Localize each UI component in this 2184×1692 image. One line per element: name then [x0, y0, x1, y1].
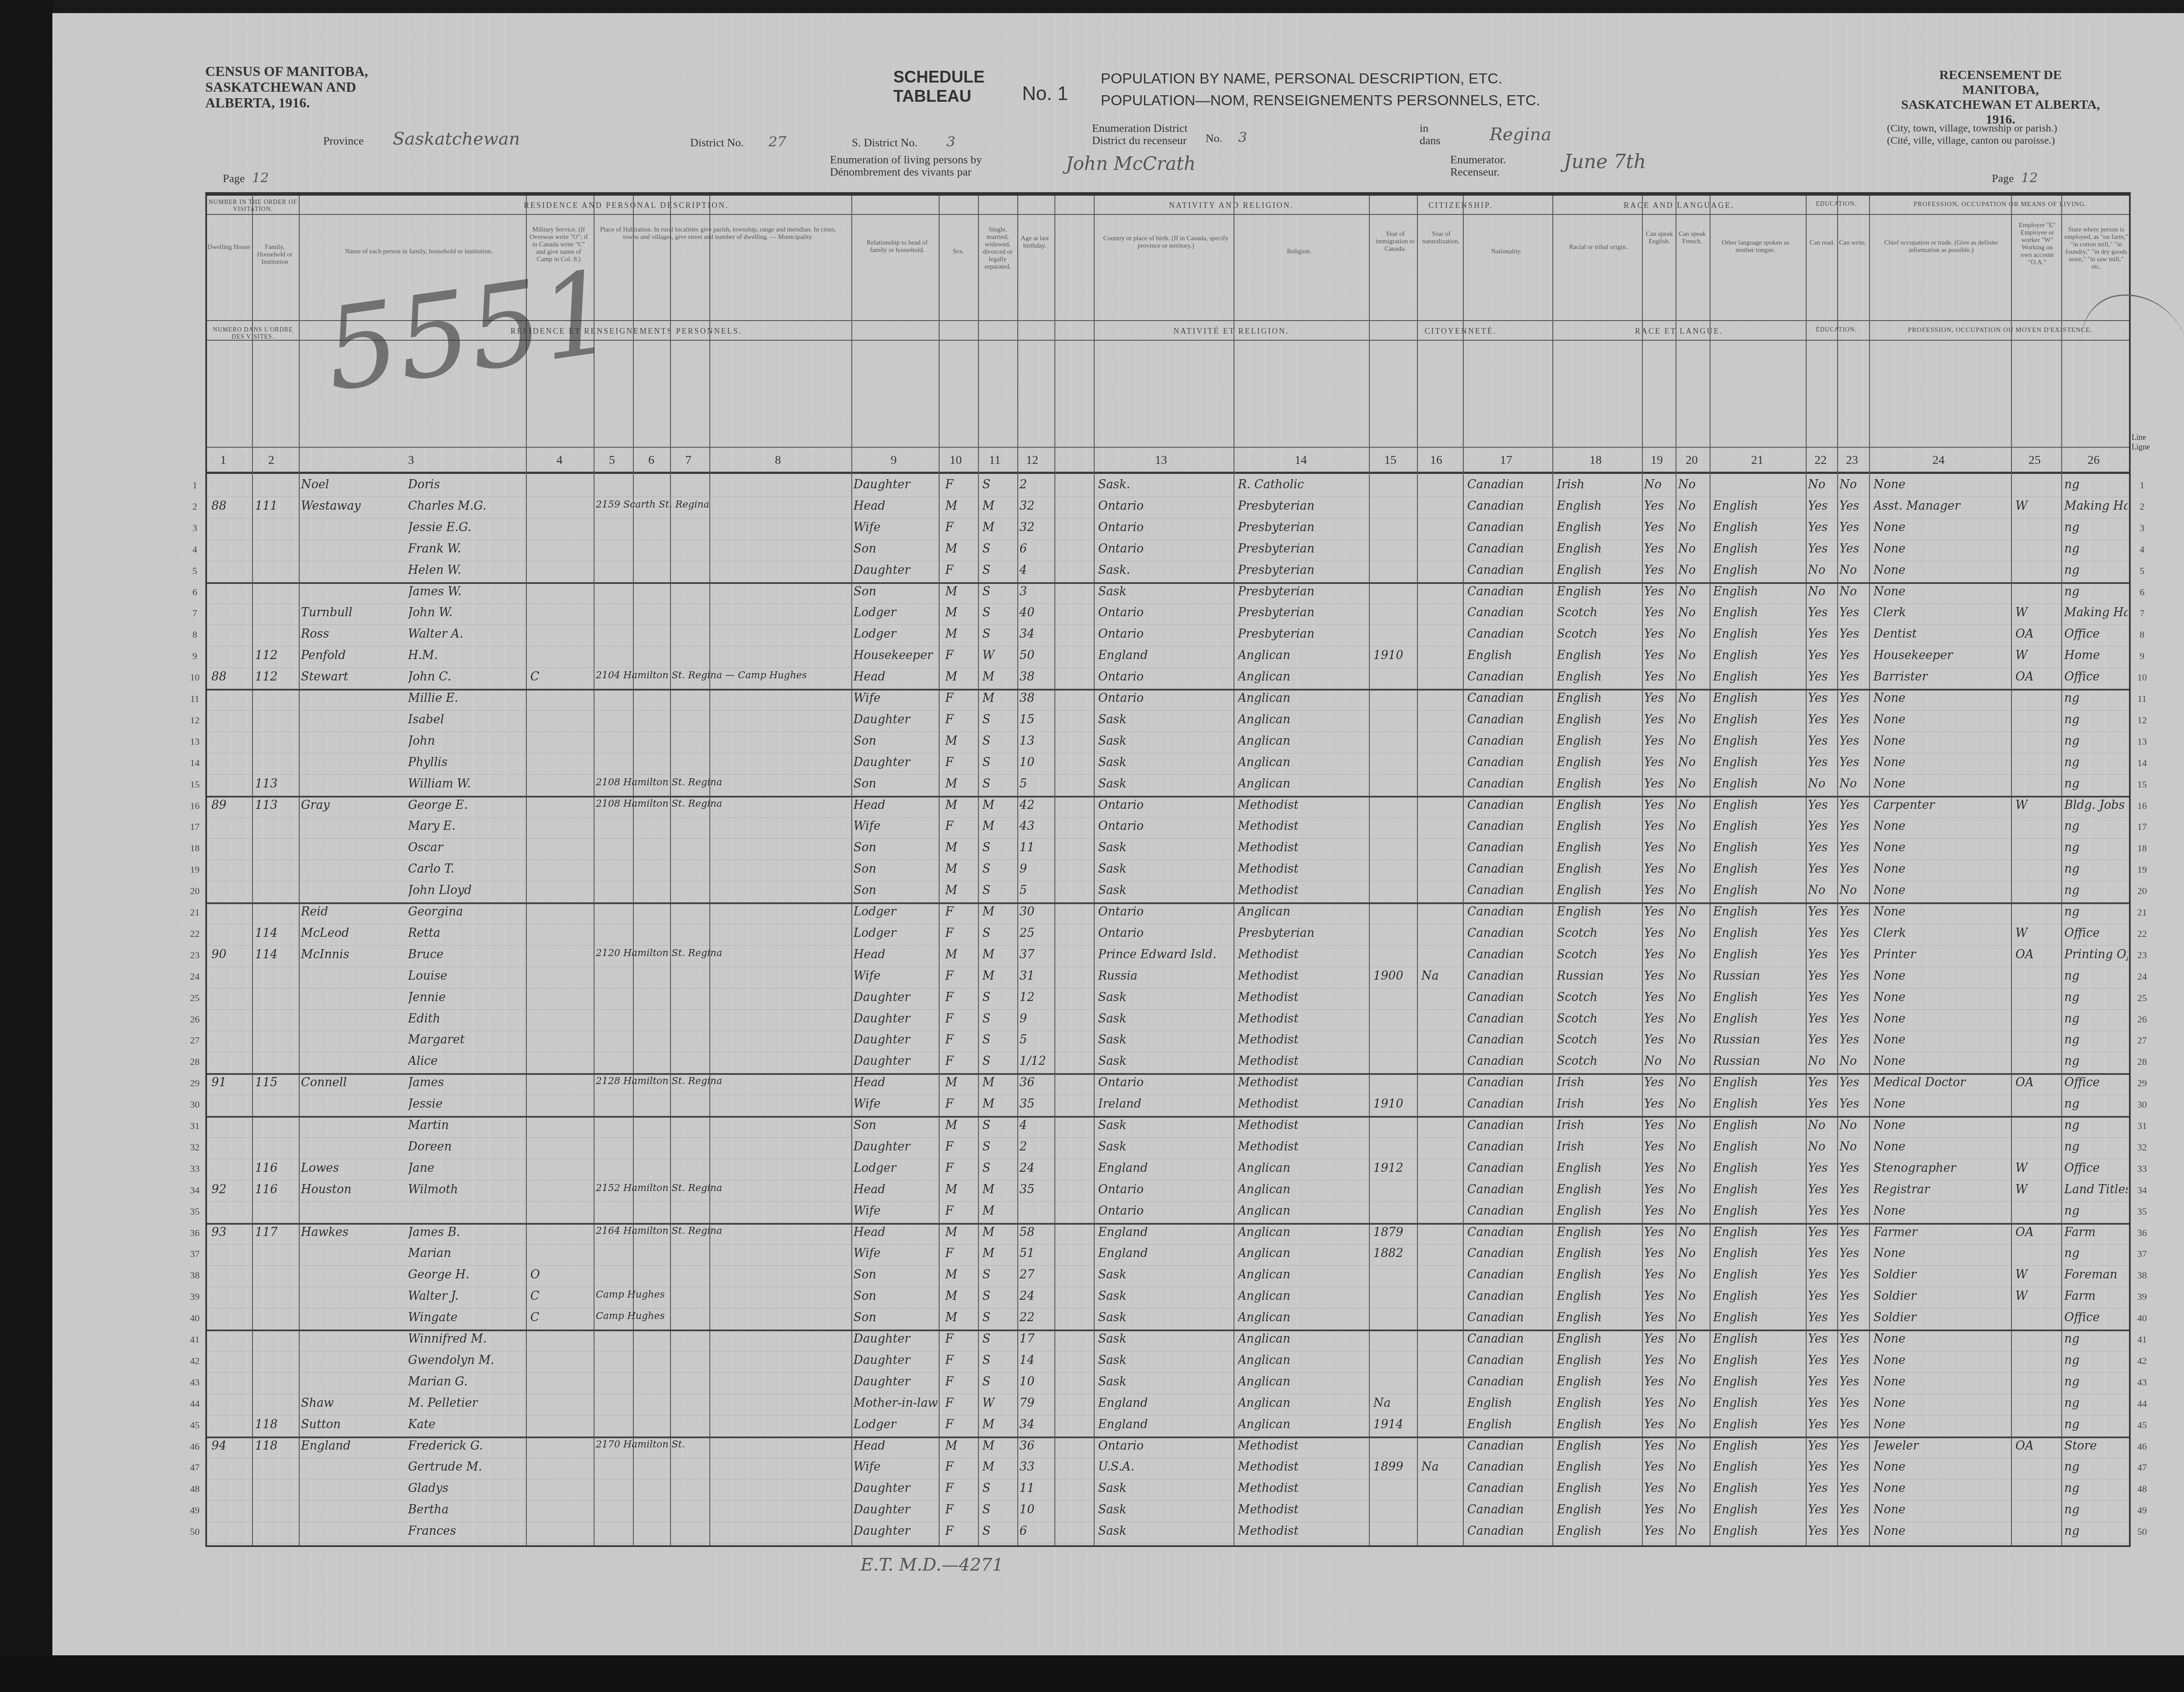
- cell-c26: ng: [2064, 542, 2128, 556]
- page-left: Page 12: [223, 170, 269, 186]
- cell-given: John W.: [408, 606, 526, 619]
- line-number-right: 16: [2133, 800, 2151, 811]
- hdr-race: RACE AND LANGUAGE.: [1552, 201, 1806, 210]
- line-number: 28: [186, 1056, 204, 1067]
- line-number-right: 39: [2133, 1291, 2151, 1302]
- cell-c14: Anglican: [1238, 1183, 1367, 1196]
- cell-c19: Yes: [1644, 1033, 1675, 1046]
- cell-c26: Making Harness: [2064, 606, 2128, 619]
- cell-c17: Canadian: [1467, 1140, 1550, 1153]
- cell-c24: None: [1873, 542, 2009, 556]
- line-number-right: 47: [2133, 1462, 2151, 1473]
- cell-c10: M: [945, 1226, 976, 1239]
- cell-c11: S: [982, 1054, 1015, 1068]
- cell-c19: Yes: [1644, 798, 1675, 812]
- cell-c8: 2159 Scarth St. Regina: [596, 499, 849, 510]
- cell-c14: Methodist: [1238, 1076, 1367, 1089]
- cell-c23: Yes: [1839, 521, 1868, 534]
- cell-c9: Housekeeper: [854, 649, 939, 662]
- cell-c24: None: [1873, 777, 2009, 791]
- cell-given: Walter J.: [408, 1289, 526, 1303]
- col-desc-25: Employer "E" Employee or worker "W" Work…: [2015, 222, 2059, 266]
- cell-c24: None: [1873, 884, 2009, 897]
- cell-c11: M: [982, 1247, 1015, 1260]
- cell-c18: English: [1557, 884, 1640, 897]
- cell-c12: 4: [1019, 563, 1052, 577]
- cell-c14: Presbyterian: [1238, 563, 1367, 577]
- cell-c13: Sask.: [1098, 478, 1231, 491]
- cell-c26: Bldg. Jobs: [2064, 798, 2128, 812]
- cell-c19: Yes: [1644, 542, 1675, 556]
- cell-given: Marian: [408, 1247, 526, 1260]
- cell-c10: M: [945, 948, 976, 961]
- colnum-16: 16: [1430, 453, 1442, 467]
- cell-given: Georgina: [408, 905, 526, 919]
- cell-c20: No: [1678, 1524, 1708, 1538]
- cell-c19: Yes: [1644, 884, 1675, 897]
- cell-c12: 35: [1019, 1183, 1052, 1196]
- cell-c21: English: [1713, 1268, 1805, 1281]
- cell-c12: 38: [1019, 691, 1052, 705]
- cell-c20: No: [1678, 542, 1708, 556]
- cell-c21: English: [1713, 734, 1805, 748]
- cell-c19: Yes: [1644, 1439, 1675, 1453]
- cell-c14: Methodist: [1238, 841, 1367, 854]
- cell-c21: English: [1713, 948, 1805, 961]
- cell-c12: 10: [1019, 1375, 1052, 1388]
- cell-c26: ng: [2064, 585, 2128, 598]
- table-row: 2424LouiseWifeFM31RussiaMethodist1900NaC…: [207, 967, 2129, 988]
- line-number-right: 6: [2133, 587, 2151, 598]
- line-number: 39: [186, 1291, 204, 1302]
- cell-c9: Lodger: [854, 1418, 939, 1431]
- cell-c21: English: [1713, 1161, 1805, 1175]
- line-number: 22: [186, 928, 204, 939]
- cell-c22: Yes: [1808, 1097, 1836, 1111]
- cell-c13: Sask: [1098, 862, 1231, 876]
- cell-given: Jane: [408, 1161, 526, 1175]
- cell-c18: English: [1557, 756, 1640, 769]
- cell-c17: Canadian: [1467, 670, 1550, 684]
- cell-c14: Methodist: [1238, 1054, 1367, 1068]
- cell-c24: None: [1873, 521, 2009, 534]
- cell-c26: Farm: [2064, 1226, 2128, 1239]
- cell-c23: Yes: [1839, 1183, 1868, 1196]
- cell-c24: None: [1873, 734, 2009, 748]
- cell-c25: W: [2015, 1183, 2059, 1196]
- cell-c10: M: [945, 777, 976, 791]
- line-number-right: 21: [2133, 907, 2151, 918]
- cell-c26: ng: [2064, 1396, 2128, 1410]
- film-border-bottom: [0, 1655, 2184, 1692]
- cell-c14: Methodist: [1238, 1119, 1367, 1132]
- line-number: 20: [186, 885, 204, 897]
- cell-c1: 88: [211, 499, 251, 513]
- cell-c19: Yes: [1644, 1289, 1675, 1303]
- table-row: 2288111WestawayCharles M.G.2159 Scarth S…: [207, 497, 2129, 518]
- line-number: 48: [186, 1483, 204, 1495]
- cell-c21: English: [1713, 1226, 1805, 1239]
- cell-c26: ng: [2064, 969, 2128, 983]
- cell-c19: Yes: [1644, 499, 1675, 513]
- cell-given: George H.: [408, 1268, 526, 1281]
- colnum-13: 13: [1155, 453, 1167, 467]
- cell-c9: Lodger: [854, 905, 939, 919]
- cell-c17: Canadian: [1467, 1268, 1550, 1281]
- table-row: 4343Marian G.DaughterFS10SaskAnglicanCan…: [207, 1372, 2129, 1394]
- cell-c11: M: [982, 905, 1015, 919]
- cell-c17: Canadian: [1467, 1033, 1550, 1046]
- cell-c10: F: [945, 1396, 976, 1410]
- cell-c9: Son: [854, 1289, 939, 1303]
- cell-c22: Yes: [1808, 798, 1836, 812]
- cell-c18: Scotch: [1557, 1033, 1640, 1046]
- cell-c24: None: [1873, 819, 2009, 833]
- cell-c26: ng: [2064, 841, 2128, 854]
- cell-given: Charles M.G.: [408, 499, 526, 513]
- cell-c12: 13: [1019, 734, 1052, 748]
- cell-c10: F: [945, 926, 976, 940]
- line-number-right: 50: [2133, 1526, 2151, 1537]
- cell-c14: Anglican: [1238, 734, 1367, 748]
- cell-c14: Anglican: [1238, 1354, 1367, 1367]
- cell-c22: Yes: [1808, 1354, 1836, 1367]
- line-number-right: 43: [2133, 1377, 2151, 1388]
- cell-c18: Irish: [1557, 478, 1640, 491]
- cell-c12: 12: [1019, 991, 1052, 1004]
- cell-surname: Westaway: [301, 499, 406, 513]
- cell-c19: Yes: [1644, 1076, 1675, 1089]
- cell-c1: 92: [211, 1183, 251, 1196]
- line-number: 10: [186, 672, 204, 683]
- cell-c19: Yes: [1644, 1418, 1675, 1431]
- cell-c18: Russian: [1557, 969, 1640, 983]
- cell-c14: Methodist: [1238, 1097, 1367, 1111]
- cell-c17: Canadian: [1467, 1119, 1550, 1132]
- cell-c9: Daughter: [854, 478, 939, 491]
- col-desc-12: Age at last birthday.: [1019, 235, 1050, 250]
- cell-c24: Soldier: [1873, 1289, 2009, 1303]
- table-row: 4444ShawM. PelletierMother-in-lawFW79Eng…: [207, 1394, 2129, 1416]
- cell-c17: Canadian: [1467, 1161, 1550, 1175]
- enumerator-label: Enumerator. Recenseur.: [1450, 154, 1506, 178]
- cell-c19: No: [1644, 478, 1675, 491]
- cell-given: Retta: [408, 926, 526, 940]
- cell-c26: ng: [2064, 713, 2128, 726]
- district-value: 27: [768, 133, 786, 150]
- cell-c22: Yes: [1808, 1481, 1836, 1495]
- cell-c23: Yes: [1839, 905, 1868, 919]
- cell-c26: ng: [2064, 777, 2128, 791]
- col-desc-10: Sex.: [941, 248, 976, 256]
- cell-c22: Yes: [1808, 1439, 1836, 1453]
- line-number-right: 13: [2133, 736, 2151, 747]
- hdr-number-order-fr: NUMERO DANS L'ORDRE DES VISITES.: [207, 327, 299, 341]
- cell-c17: Canadian: [1467, 819, 1550, 833]
- cell-c25: W: [2015, 606, 2059, 619]
- cell-c21: English: [1713, 1247, 1805, 1260]
- cell-c12: 27: [1019, 1268, 1052, 1281]
- cell-c4: C: [530, 670, 591, 684]
- cell-c20: No: [1678, 521, 1708, 534]
- cell-c24: None: [1873, 1097, 2009, 1111]
- cell-c12: 38: [1019, 670, 1052, 684]
- colnum-15: 15: [1384, 453, 1396, 467]
- col-desc-23: Can write.: [1838, 239, 1867, 247]
- cell-c9: Daughter: [854, 1332, 939, 1346]
- cell-c19: Yes: [1644, 1354, 1675, 1367]
- cell-given: John C.: [408, 670, 526, 684]
- colnum-25: 25: [2028, 453, 2041, 467]
- cell-c23: Yes: [1839, 1161, 1868, 1175]
- cell-c24: None: [1873, 841, 2009, 854]
- cell-c10: M: [945, 862, 976, 876]
- cell-c20: No: [1678, 627, 1708, 641]
- cell-c9: Son: [854, 884, 939, 897]
- cell-c19: Yes: [1644, 1375, 1675, 1388]
- cell-c23: Yes: [1839, 1332, 1868, 1346]
- cell-c18: English: [1557, 1524, 1640, 1538]
- table-row: 101088112StewartJohn C.C2104 Hamilton St…: [207, 667, 2129, 691]
- cell-c4: C: [530, 1289, 591, 1303]
- table-row: 3535WifeFMOntarioAnglicanCanadianEnglish…: [207, 1202, 2129, 1225]
- cell-c21: English: [1713, 1140, 1805, 1153]
- cell-c17: Canadian: [1467, 542, 1550, 556]
- cell-c24: None: [1873, 1247, 2009, 1260]
- cell-c24: None: [1873, 1054, 2009, 1068]
- line-number-right: 7: [2133, 608, 2151, 619]
- province-value: Saskatchewan: [393, 129, 520, 149]
- cell-c24: Housekeeper: [1873, 649, 2009, 662]
- cell-c22: No: [1808, 884, 1836, 897]
- line-number-right: 31: [2133, 1120, 2151, 1132]
- table-row: 4848GladysDaughterFS11SaskMethodistCanad…: [207, 1479, 2129, 1501]
- cell-c12: 34: [1019, 627, 1052, 641]
- cell-c25: W: [2015, 926, 2059, 940]
- cell-c18: English: [1557, 1354, 1640, 1367]
- cell-c12: 43: [1019, 819, 1052, 833]
- line-number: 8: [186, 629, 204, 640]
- line-number: 25: [186, 992, 204, 1004]
- cell-c20: No: [1678, 1012, 1708, 1026]
- hdr-citizenship: CITIZENSHIP.: [1369, 201, 1552, 210]
- cell-given: Millie E.: [408, 691, 526, 705]
- table-row: 4242Gwendolyn M.DaughterFS14SaskAnglican…: [207, 1351, 2129, 1373]
- cell-c9: Son: [854, 542, 939, 556]
- cell-c17: Canadian: [1467, 1183, 1550, 1196]
- cell-c18: English: [1557, 1311, 1640, 1324]
- line-number-right: 37: [2133, 1248, 2151, 1260]
- cell-c24: None: [1873, 1354, 2009, 1367]
- cell-c17: Canadian: [1467, 926, 1550, 940]
- colnum-18: 18: [1590, 453, 1602, 467]
- cell-c17: Canadian: [1467, 905, 1550, 919]
- province-field: Province Saskatchewan: [323, 129, 520, 149]
- cell-c22: Yes: [1808, 756, 1836, 769]
- cell-c9: Wife: [854, 1204, 939, 1218]
- cell-c17: Canadian: [1467, 1226, 1550, 1239]
- cell-c25: W: [2015, 798, 2059, 812]
- line-number-right: 23: [2133, 950, 2151, 961]
- line-number: 45: [186, 1419, 204, 1431]
- cell-c12: 2: [1019, 1140, 1052, 1153]
- cell-c13: Ontario: [1098, 1204, 1231, 1218]
- cell-c17: Canadian: [1467, 948, 1550, 961]
- cell-c11: M: [982, 691, 1015, 705]
- line-number-right: 19: [2133, 864, 2151, 875]
- cell-c12: 36: [1019, 1076, 1052, 1089]
- colnum-26: 26: [2087, 453, 2100, 467]
- table-row: 2121ReidGeorginaLodgerFM30OntarioAnglica…: [207, 902, 2129, 924]
- line-number-right: 30: [2133, 1099, 2151, 1110]
- table-row: 33Jessie E.G.WifeFM32OntarioPresbyterian…: [207, 518, 2129, 540]
- table-row: 3939Walter J.CCamp HughesSonMS24SaskAngl…: [207, 1287, 2129, 1309]
- cell-c23: Yes: [1839, 499, 1868, 513]
- cell-c17: Canadian: [1467, 1289, 1550, 1303]
- cell-c19: Yes: [1644, 1226, 1675, 1239]
- cell-c12: 35: [1019, 1097, 1052, 1111]
- cell-c11: W: [982, 649, 1015, 662]
- cell-c26: ng: [2064, 478, 2128, 491]
- hdr-education: EDUCATION.: [1806, 201, 1867, 208]
- cell-c14: Methodist: [1238, 969, 1367, 983]
- cell-c19: Yes: [1644, 777, 1675, 791]
- cell-c14: Anglican: [1238, 1311, 1367, 1324]
- cell-c17: Canadian: [1467, 585, 1550, 598]
- cell-c10: F: [945, 969, 976, 983]
- cell-c9: Son: [854, 777, 939, 791]
- cell-c11: M: [982, 948, 1015, 961]
- cell-c10: F: [945, 691, 976, 705]
- table-row: 1111Millie E.WifeFM38OntarioAnglicanCana…: [207, 689, 2129, 711]
- cell-c12: 5: [1019, 1033, 1052, 1046]
- cell-c23: Yes: [1839, 969, 1868, 983]
- cell-c19: Yes: [1644, 691, 1675, 705]
- cell-c12: 10: [1019, 1503, 1052, 1516]
- cell-c17: Canadian: [1467, 499, 1550, 513]
- cell-given: Martin: [408, 1119, 526, 1132]
- cell-c10: F: [945, 1418, 976, 1431]
- cell-surname: Stewart: [301, 670, 406, 684]
- cell-c11: S: [982, 1289, 1015, 1303]
- cell-c26: ng: [2064, 1247, 2128, 1260]
- cell-c12: 3: [1019, 585, 1052, 598]
- cell-given: Phyllis: [408, 756, 526, 769]
- cell-c4: O: [530, 1268, 591, 1281]
- cell-c24: None: [1873, 1012, 2009, 1026]
- cell-c13: Sask: [1098, 1375, 1231, 1388]
- cell-c13: Ontario: [1098, 926, 1231, 940]
- cell-c26: Printing Office: [2064, 948, 2128, 961]
- page-right: Page 12: [1992, 170, 2038, 186]
- cell-given: H.M.: [408, 649, 526, 662]
- cell-c15: 1910: [1373, 1097, 1415, 1111]
- table-row: 1919Carlo T.SonMS9SaskMethodistCanadianE…: [207, 860, 2129, 881]
- cell-c20: No: [1678, 1033, 1708, 1046]
- cell-c18: English: [1557, 777, 1640, 791]
- cell-c26: ng: [2064, 1503, 2128, 1516]
- line-number-right: 44: [2133, 1398, 2151, 1409]
- cell-c17: Canadian: [1467, 1097, 1550, 1111]
- table-row: 4949BerthaDaughterFS10SaskMethodistCanad…: [207, 1500, 2129, 1522]
- cell-c10: M: [945, 798, 976, 812]
- cell-c13: Sask: [1098, 713, 1231, 726]
- cell-c26: Office: [2064, 926, 2128, 940]
- line-number: 32: [186, 1142, 204, 1153]
- cell-c11: M: [982, 1418, 1015, 1431]
- cell-c18: English: [1557, 542, 1640, 556]
- rule: [207, 214, 2129, 215]
- table-row: 2727MargaretDaughterFS5SaskMethodistCana…: [207, 1030, 2129, 1052]
- cell-c9: Head: [854, 1226, 939, 1239]
- cell-c9: Son: [854, 585, 939, 598]
- line-number-right: 9: [2133, 650, 2151, 662]
- cell-c14: Presbyterian: [1238, 926, 1367, 940]
- cell-c20: No: [1678, 1418, 1708, 1431]
- table-row: 363693117HawkesJames B.2164 Hamilton St.…: [207, 1223, 2129, 1245]
- line-number: 18: [186, 843, 204, 854]
- cell-c13: Sask: [1098, 991, 1231, 1004]
- cell-c9: Wife: [854, 1460, 939, 1474]
- cell-c9: Lodger: [854, 1161, 939, 1175]
- cell-c11: M: [982, 1460, 1015, 1474]
- cell-c18: English: [1557, 1332, 1640, 1346]
- in-label: in dans: [1420, 122, 1441, 147]
- cell-c23: Yes: [1839, 1226, 1868, 1239]
- cell-c22: Yes: [1808, 499, 1836, 513]
- cell-c19: Yes: [1644, 905, 1675, 919]
- cell-c10: F: [945, 756, 976, 769]
- cell-c17: Canadian: [1467, 1481, 1550, 1495]
- cell-c13: Ontario: [1098, 670, 1231, 684]
- table-row: 2626EdithDaughterFS9SaskMethodistCanadia…: [207, 1009, 2129, 1031]
- cell-c23: Yes: [1839, 1311, 1868, 1324]
- cell-c18: English: [1557, 1268, 1640, 1281]
- cell-c16: Na: [1421, 1460, 1461, 1474]
- line-number: 19: [186, 864, 204, 875]
- cell-given: Louise: [408, 969, 526, 983]
- cell-c20: No: [1678, 1396, 1708, 1410]
- cell-c22: Yes: [1808, 1204, 1836, 1218]
- cell-c21: English: [1713, 777, 1805, 791]
- cell-c9: Daughter: [854, 1481, 939, 1495]
- table-row: 4747Gertrude M.WifeFM33U.S.A.Methodist18…: [207, 1457, 2129, 1479]
- cell-c19: Yes: [1644, 1524, 1675, 1538]
- cell-c15: 1912: [1373, 1161, 1415, 1175]
- enumeration-date: June 7th: [1564, 151, 1646, 173]
- cell-c26: Store: [2064, 1439, 2128, 1453]
- line-number: 41: [186, 1334, 204, 1345]
- cell-c23: Yes: [1839, 1012, 1868, 1026]
- table-row: 2020John LloydSonMS5SaskMethodistCanadia…: [207, 881, 2129, 904]
- colnum-17: 17: [1500, 453, 1512, 467]
- cell-c20: No: [1678, 1460, 1708, 1474]
- cell-c8: 2108 Hamilton St. Regina: [596, 777, 849, 788]
- cell-c10: F: [945, 991, 976, 1004]
- cell-c12: 9: [1019, 862, 1052, 876]
- line-number: 4: [186, 544, 204, 555]
- cell-c13: Ontario: [1098, 606, 1231, 619]
- cell-c14: Anglican: [1238, 1396, 1367, 1410]
- cell-c11: M: [982, 1097, 1015, 1111]
- cell-surname: Reid: [301, 905, 406, 919]
- cell-c24: None: [1873, 756, 2009, 769]
- bottom-note: E.T. M.D.—4271: [860, 1555, 1003, 1575]
- cell-c24: Soldier: [1873, 1311, 2009, 1324]
- cell-c18: English: [1557, 499, 1640, 513]
- cell-c13: England: [1098, 1396, 1231, 1410]
- hdr-nativity: NATIVITY AND RELIGION.: [1094, 201, 1369, 210]
